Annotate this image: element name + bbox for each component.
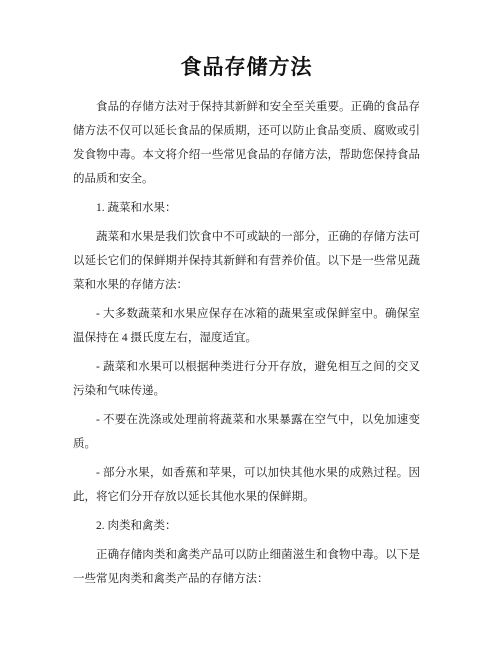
document-page: 食品存储方法 食品的存储方法对于保持其新鲜和安全至关重要。正确的食品存储方法不仅… xyxy=(0,0,502,649)
document-body: 食品的存储方法对于保持其新鲜和安全至关重要。正确的食品存储方法不仅可以延长食品的… xyxy=(73,95,420,591)
section-1-bullet-3: - 不要在洗涤或处理前将蔬菜和水果暴露在空气中，以免加速变质。 xyxy=(73,408,420,456)
section-2-heading: 2. 肉类和禽类： xyxy=(73,514,420,538)
intro-paragraph: 食品的存储方法对于保持其新鲜和安全至关重要。正确的食品存储方法不仅可以延长食品的… xyxy=(73,95,420,191)
section-1-bullet-4: - 部分水果，如香蕉和苹果，可以加快其他水果的成熟过程。因此，将它们分开存放以延… xyxy=(73,461,420,509)
section-2-paragraph: 正确存储肉类和禽类产品可以防止细菌滋生和食物中毒。以下是一些常见肉类和禽类产品的… xyxy=(73,543,420,591)
section-1-bullet-1: - 大多数蔬菜和水果应保存在冰箱的蔬果室或保鲜室中。确保室温保持在 4 摄氏度左… xyxy=(73,302,420,350)
section-1-heading: 1. 蔬菜和水果： xyxy=(73,196,420,220)
section-1-paragraph: 蔬菜和水果是我们饮食中不可或缺的一部分，正确的存储方法可以延长它们的保鲜期并保持… xyxy=(73,225,420,297)
document-title: 食品存储方法 xyxy=(73,53,420,81)
section-1-bullet-2: - 蔬菜和水果可以根据种类进行分开存放，避免相互之间的交叉污染和气味传递。 xyxy=(73,355,420,403)
